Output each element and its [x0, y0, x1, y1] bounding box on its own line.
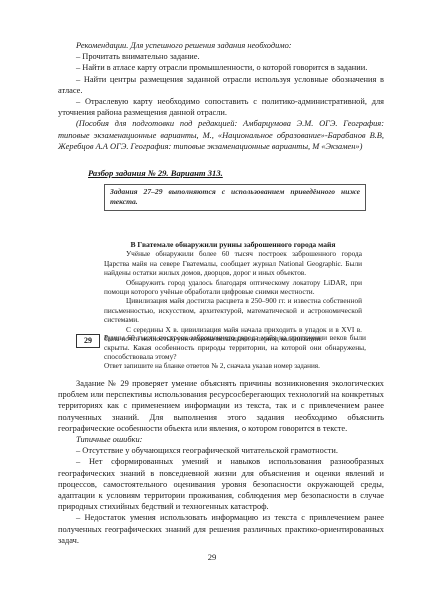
recommendation-item: – Отраслевую карту необходимо сопоставит… [58, 96, 384, 118]
recommendations-block: Рекомендации. Для успешного решения зада… [58, 40, 384, 152]
recommendation-item: – Прочитать внимательно задание. [58, 51, 384, 62]
section-heading: Разбор задания № 29. Вариант 313. [88, 168, 223, 178]
task-block: Руины 60 тысяч построек заброшенного гор… [104, 333, 366, 371]
errors-title: Типичные ошибки: [58, 434, 384, 445]
recommendations-title: Рекомендации. Для успешного решения зада… [58, 40, 384, 51]
note-box: Задания 27–29 выполняются с использовани… [104, 184, 366, 211]
article-excerpt: В Гватемале обнаружили руины заброшенног… [104, 240, 362, 343]
error-item: – Недостаток умения использовать информа… [58, 512, 384, 546]
article-paragraph: Учёные обнаружили более 60 тысяч построе… [104, 249, 362, 277]
recommendation-item: – Найти центры размещения заданной отрас… [58, 74, 384, 96]
analysis-paragraph: Задание № 29 проверяет умение объяснять … [58, 378, 384, 434]
task-answer-instruction: Ответ запишите на бланке ответов № 2, сн… [104, 362, 366, 372]
error-item: – Нет сформированных умений и навыков ис… [58, 456, 384, 512]
article-paragraph: Цивилизация майя достигла расцвета в 250… [104, 296, 362, 324]
page-number: 29 [0, 552, 424, 562]
error-item: – Отсутствие у обучающихся географическо… [58, 445, 384, 456]
document-page: Рекомендации. Для успешного решения зада… [0, 0, 424, 600]
task-question: Руины 60 тысяч построек заброшенного гор… [104, 333, 366, 362]
recommendation-item: – Найти в атласе карту отрасли промышлен… [58, 62, 384, 73]
task-number-box: 29 [76, 334, 100, 348]
sources-note: (Пособия для подготовки под редакцией: А… [58, 118, 384, 152]
analysis-block: Задание № 29 проверяет умение объяснять … [58, 378, 384, 546]
article-title: В Гватемале обнаружили руины заброшенног… [104, 240, 362, 249]
article-paragraph: Обнаружить город удалось благодаря оптич… [104, 278, 362, 297]
